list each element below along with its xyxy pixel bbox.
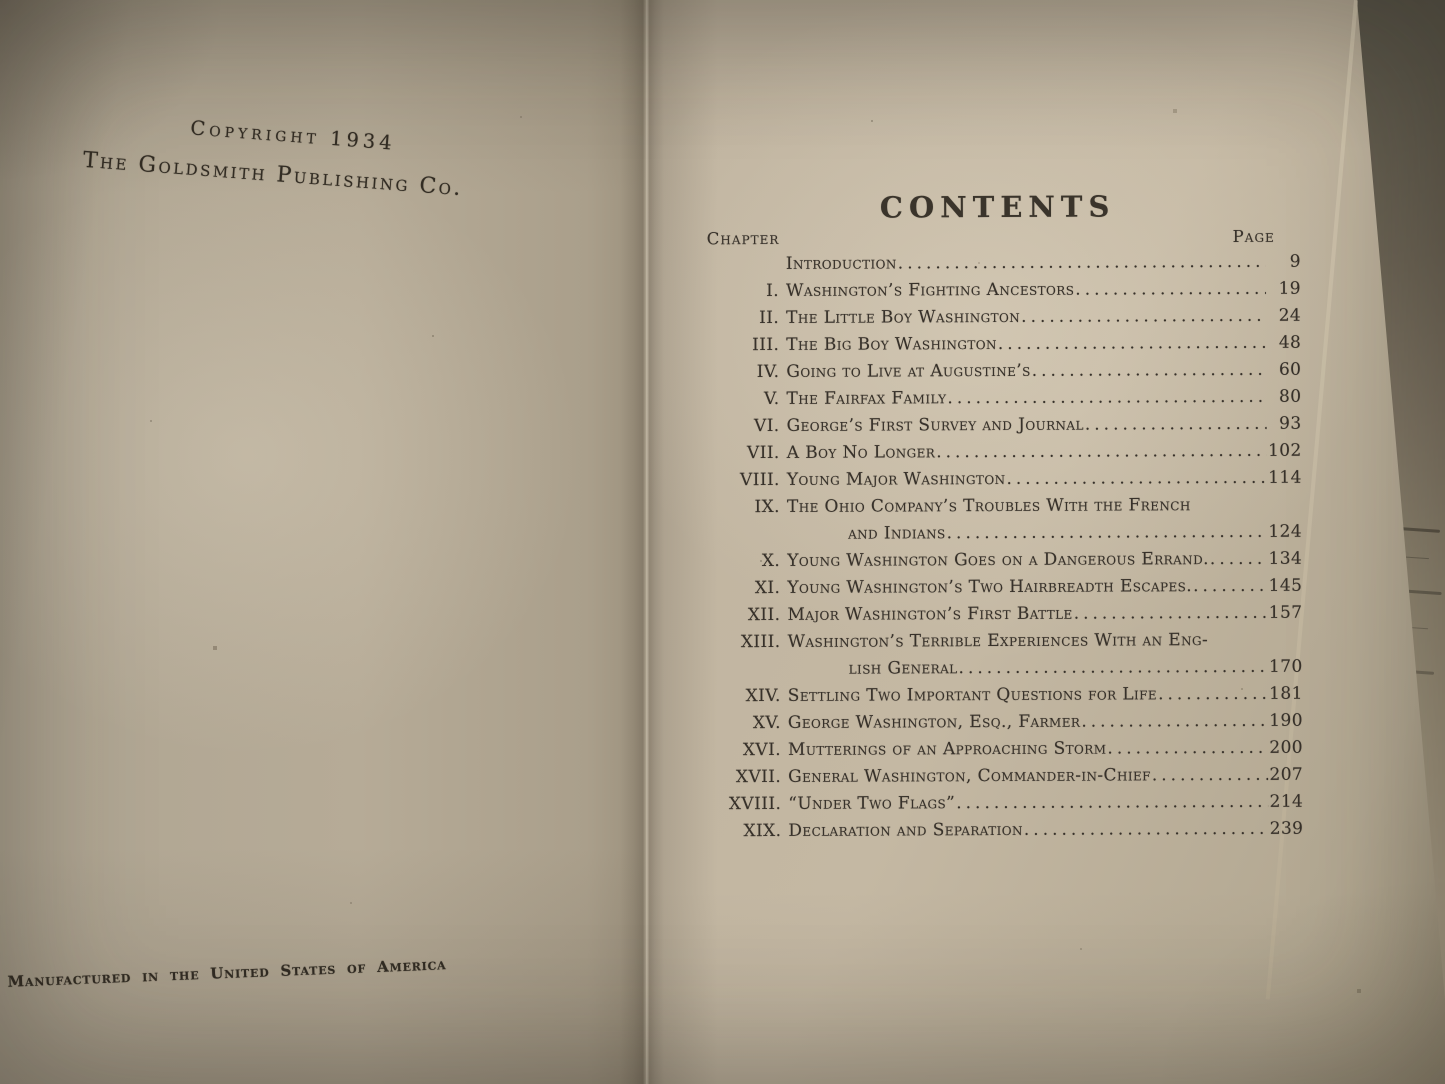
- toc-entry-9-line2: and Indians ............................…: [696, 519, 1302, 549]
- chapter-title: Washington’s Terrible Experiences With a…: [787, 627, 1208, 656]
- chapter-numeral: XV.: [697, 710, 788, 737]
- toc-entry-11: XI. Young Washington’s Two Hairbreadth E…: [696, 573, 1302, 603]
- chapter-title: Young Washington Goes on a Dangerous Err…: [787, 546, 1209, 575]
- toc-entry-19: XIX. Declaration and Separation ........…: [697, 816, 1303, 846]
- dot-leader: ........................................…: [956, 789, 1268, 817]
- toc-header-row: Chapter Page: [695, 227, 1301, 249]
- page-number: 134: [1268, 546, 1302, 573]
- toc-rows: Introduction ...........................…: [695, 249, 1304, 846]
- chapter-column-header: Chapter: [707, 229, 780, 248]
- chapter-title: “Under Two Flags”: [788, 790, 955, 818]
- chapter-numeral: XIX.: [697, 818, 788, 845]
- chapter-title: The Little Boy Washington: [786, 304, 1020, 332]
- dot-leader: ........................................…: [1075, 276, 1266, 304]
- chapter-title: The Fairfax Family: [786, 385, 946, 413]
- chapter-numeral: XVIII.: [697, 791, 788, 818]
- toc-entry-10: X. Young Washington Goes on a Dangerous …: [696, 546, 1302, 576]
- chapter-title-continuation: lish General: [849, 655, 958, 682]
- toc-entry-18: XVIII. “Under Two Flags” ...............…: [697, 789, 1303, 819]
- page-number: 9: [1267, 249, 1301, 276]
- chapter-numeral: XVII.: [697, 764, 788, 791]
- toc-entry-14: XIV. Settling Two Important Questions fo…: [697, 681, 1303, 711]
- toc-entry-9-line1: IX. The Ohio Company’s Troubles With the…: [696, 492, 1302, 522]
- dot-leader: ........................................…: [898, 249, 1266, 278]
- dot-leader: ........................................…: [1081, 708, 1268, 736]
- dot-leader: ........................................…: [958, 654, 1267, 682]
- toc-entry-5: V. The Fairfax Family ..................…: [695, 384, 1301, 414]
- chapter-title: Young Major Washington: [787, 466, 1006, 494]
- chapter-numeral: XII.: [696, 602, 787, 629]
- dot-leader: ........................................…: [1193, 573, 1267, 600]
- toc-entry-7: VII. A Boy No Longer ...................…: [696, 438, 1302, 468]
- dot-leader: ........................................…: [1006, 465, 1266, 493]
- page-number: 157: [1268, 600, 1302, 627]
- chapter-numeral: XIII.: [696, 629, 787, 656]
- chapter-title-continuation: and Indians: [848, 520, 946, 547]
- page-number: 190: [1269, 708, 1303, 735]
- toc-entry-13-line1: XIII. Washington’s Terrible Experiences …: [696, 627, 1302, 657]
- toc-entry-6: VI. George’s First Survey and Journal ..…: [696, 411, 1302, 441]
- toc-entry-13-line2: lish General ...........................…: [697, 654, 1303, 684]
- chapter-title: Settling Two Important Questions for Lif…: [788, 681, 1157, 710]
- page-number: 145: [1268, 573, 1302, 600]
- toc-entry-8: VIII. Young Major Washington ...........…: [696, 465, 1302, 495]
- page-column-header: Page: [1233, 227, 1275, 246]
- dot-leader: ........................................…: [1085, 411, 1267, 439]
- toc-entry-17: XVII. General Washington, Commander-in-C…: [697, 762, 1303, 792]
- chapter-title: Declaration and Separation: [788, 817, 1023, 845]
- chapter-title: The Ohio Company’s Troubles With the Fre…: [787, 492, 1191, 521]
- chapter-numeral: X.: [696, 548, 787, 575]
- page-number: 239: [1269, 816, 1303, 843]
- chapter-numeral: VI.: [696, 413, 787, 440]
- chapter-numeral: VIII.: [696, 467, 787, 494]
- dot-leader: ........................................…: [1107, 735, 1268, 763]
- toc-entry-2: II. The Little Boy Washington ..........…: [695, 303, 1301, 333]
- chapter-title: The Big Boy Washington: [786, 331, 997, 359]
- chapter-numeral: XI.: [696, 575, 787, 602]
- toc-entry-introduction: Introduction ...........................…: [695, 249, 1301, 279]
- page-number: 19: [1267, 276, 1301, 303]
- page-number: 181: [1269, 681, 1303, 708]
- page-number: 207: [1269, 762, 1303, 789]
- toc-entry-3: III. The Big Boy Washington ............…: [695, 330, 1301, 360]
- chapter-numeral: VII.: [696, 440, 787, 467]
- page-number: 93: [1268, 411, 1302, 438]
- chapter-title: Young Washington’s Two Hairbreadth Escap…: [787, 573, 1192, 602]
- chapter-title: General Washington, Commander-in-Chief: [788, 762, 1151, 791]
- paper-specks: [0, 0, 2, 2]
- page-number: 114: [1268, 465, 1302, 492]
- toc-entry-15: XV. George Washington, Esq., Farmer ....…: [697, 708, 1303, 738]
- chapter-title: Introduction: [786, 250, 897, 277]
- page-number: 170: [1269, 654, 1303, 681]
- chapter-title: Mutterings of an Approaching Storm: [788, 736, 1107, 764]
- chapter-title: Going to Live at Augustine’s: [786, 358, 1030, 386]
- chapter-title: George Washington, Esq., Farmer: [788, 709, 1081, 737]
- toc-title: CONTENTS: [695, 189, 1301, 226]
- chapter-numeral: IX.: [696, 494, 787, 521]
- dot-leader: ........................................…: [1074, 600, 1268, 628]
- dot-leader: ........................................…: [998, 330, 1266, 358]
- book-gutter: [620, 0, 664, 1084]
- chapter-numeral: I.: [695, 278, 786, 305]
- chapter-title: George’s First Survey and Journal: [787, 412, 1084, 440]
- book-photo: Copyright 1934 The Goldsmith Publishing …: [0, 0, 1445, 1084]
- chapter-title: A Boy No Longer: [787, 439, 936, 467]
- chapter-numeral: IV.: [695, 359, 786, 386]
- toc-entry-1: I. Washington’s Fighting Ancestors .....…: [695, 276, 1301, 306]
- dot-leader: ........................................…: [1158, 681, 1268, 708]
- page-number: 200: [1269, 735, 1303, 762]
- page-number: 102: [1268, 438, 1302, 465]
- page-number: 124: [1268, 519, 1302, 546]
- page-number: 80: [1267, 384, 1301, 411]
- page-number: 24: [1267, 303, 1301, 330]
- toc-entry-12: XII. Major Washington’s First Battle ...…: [696, 600, 1302, 630]
- dot-leader: ........................................…: [947, 384, 1266, 412]
- page-number: 214: [1269, 789, 1303, 816]
- dot-leader: ........................................…: [936, 438, 1267, 466]
- chapter-numeral: XIV.: [697, 683, 788, 710]
- page-number: 48: [1267, 330, 1301, 357]
- chapter-title: Washington’s Fighting Ancestors: [786, 277, 1074, 305]
- chapter-numeral: II.: [695, 305, 786, 332]
- dot-leader: ........................................…: [1210, 546, 1267, 573]
- toc-entry-16: XVI. Mutterings of an Approaching Storm …: [697, 735, 1303, 765]
- chapter-numeral: XVI.: [697, 737, 788, 764]
- table-of-contents: CONTENTS Chapter Page Introduction .....…: [695, 189, 1304, 846]
- dot-leader: ........................................…: [1024, 816, 1269, 844]
- dot-leader: ........................................…: [1021, 303, 1266, 331]
- dot-leader: ........................................…: [1152, 762, 1268, 790]
- dot-leader: ........................................…: [947, 519, 1268, 547]
- dot-leader: ........................................…: [1032, 357, 1267, 385]
- chapter-numeral: III.: [695, 332, 786, 359]
- toc-entry-4: IV. Going to Live at Augustine’s .......…: [695, 357, 1301, 387]
- chapter-title: Major Washington’s First Battle: [787, 601, 1072, 629]
- chapter-numeral: V.: [695, 386, 786, 413]
- page-number: 60: [1267, 357, 1301, 384]
